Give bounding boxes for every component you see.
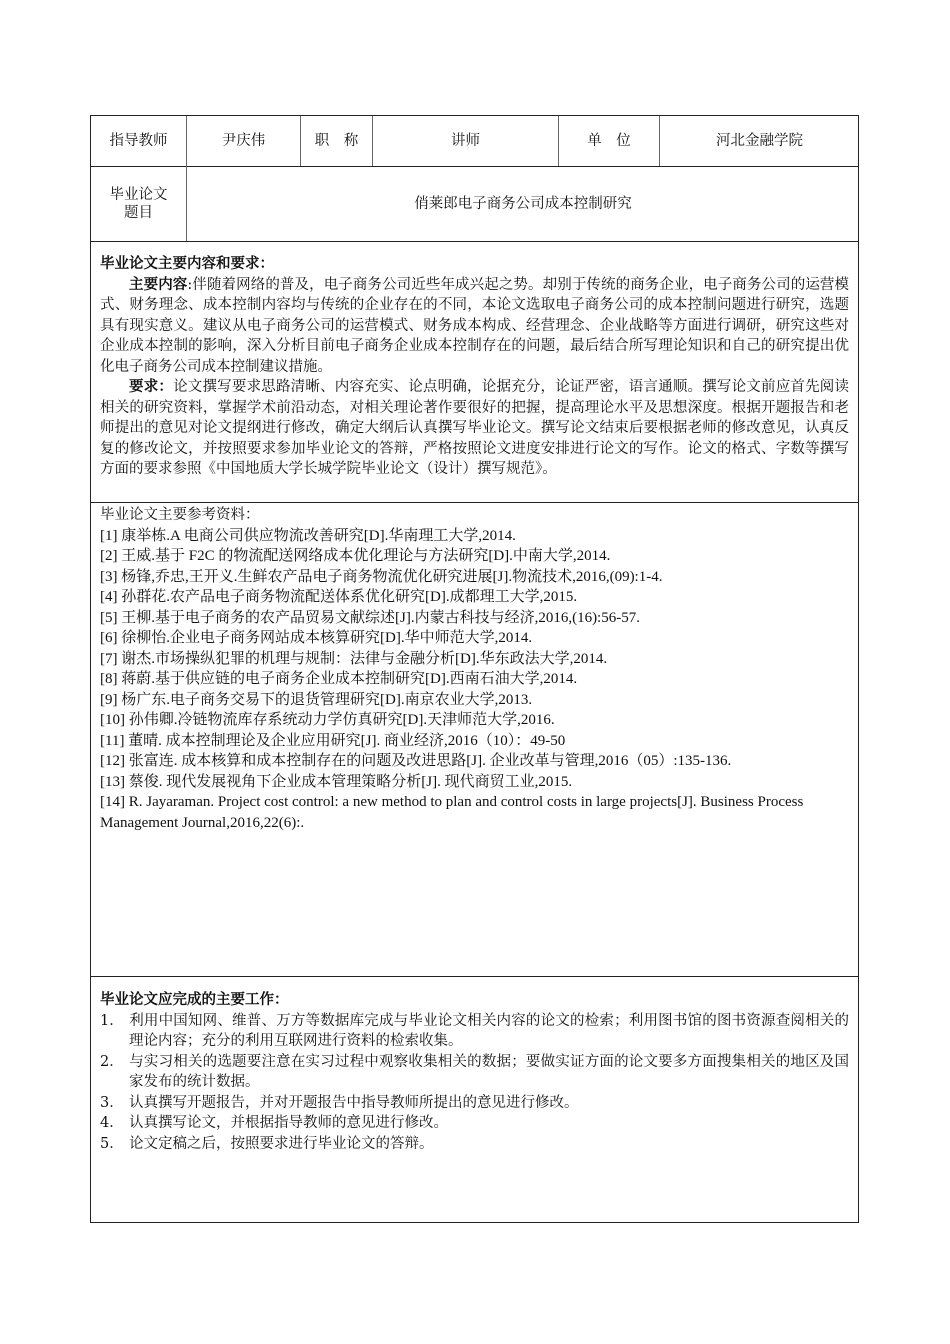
reference-item: [7] 谢杰.市场操纵犯罪的机理与规制：法律与金融分析[D].华东政法大学,20… (100, 649, 849, 670)
main-content-label: 主要内容 (129, 277, 187, 293)
row-divider (91, 502, 858, 503)
task-book-table: 指导教师 尹庆伟 职 称 讲师 单 位 河北金融学院 毕业论文 题目 俏莱郎电子… (90, 115, 859, 1223)
advisor-name: 尹庆伟 (187, 116, 300, 166)
work-item: 2．与实习相关的选题要注意在实习过程中观察收集相关的数据；要做实证方面的论文要多… (100, 1052, 849, 1093)
reference-item: [1] 康举栋.A 电商公司供应物流改善研究[D].华南理工大学,2014. (100, 526, 849, 547)
thesis-label-line1: 毕业论文 (110, 186, 168, 204)
thesis-title-label: 毕业论文 题目 (91, 167, 186, 241)
thesis-title-value: 俏莱郎电子商务公司成本控制研究 (187, 167, 859, 241)
content-section: 毕业论文主要内容和要求： 主要内容:伴随着网络的普及，电子商务公司近些年成兴起之… (100, 254, 849, 480)
references-section: 毕业论文主要参考资料： [1] 康举栋.A 电商公司供应物流改善研究[D].华南… (100, 505, 849, 833)
work-item: 4．认真撰写论文，并根据指导教师的意见进行修改。 (100, 1113, 849, 1134)
unit-label: 单 位 (559, 116, 659, 166)
work-list: 1．利用中国知网、维普、万方等数据库完成与毕业论文相关内容的论文的检索；利用图书… (100, 1011, 849, 1155)
work-heading: 毕业论文应完成的主要工作： (100, 990, 849, 1011)
reference-item: [3] 杨锋,乔忠,王开义.生鲜农产品电子商务物流优化研究进展[J].物流技术,… (100, 567, 849, 588)
title-label: 职 称 (301, 116, 372, 166)
reference-item: [6] 徐柳怡.企业电子商务网站成本核算研究[D].华中师范大学,2014. (100, 628, 849, 649)
work-item-number: 2． (100, 1052, 129, 1073)
reference-item: [10] 孙伟卿.冷链物流库存系统动力学仿真研究[D].天津师范大学,2016. (100, 710, 849, 731)
main-content-text: :伴随着网络的普及，电子商务公司近些年成兴起之势。却别于传统的商务企业，电子商务… (100, 277, 849, 375)
work-section: 毕业论文应完成的主要工作： 1．利用中国知网、维普、万方等数据库完成与毕业论文相… (100, 990, 849, 1154)
work-item-number: 3． (100, 1093, 129, 1114)
reference-item: [12] 张富连. 成本核算和成本控制存在的问题及改进思路[J]. 企业改革与管… (100, 751, 849, 772)
requirements-paragraph: 要求：论文撰写要求思路清晰、内容充实、论点明确，论据充分，论证严密，语言通顺。撰… (100, 377, 849, 480)
requirements-label: 要求： (129, 379, 173, 395)
thesis-label-line2: 题目 (124, 204, 153, 222)
content-heading: 毕业论文主要内容和要求： (100, 254, 849, 275)
work-item-text: 与实习相关的选题要注意在实习过程中观察收集相关的数据；要做实证方面的论文要多方面… (129, 1054, 849, 1091)
work-item-text: 利用中国知网、维普、万方等数据库完成与毕业论文相关内容的论文的检索；利用图书馆的… (129, 1013, 849, 1050)
work-item-text: 认真撰写开题报告，并对开题报告中指导教师所提出的意见进行修改。 (129, 1095, 579, 1111)
work-item: 3．认真撰写开题报告，并对开题报告中指导教师所提出的意见进行修改。 (100, 1093, 849, 1114)
work-item-number: 5． (100, 1134, 129, 1155)
reference-item: [5] 王柳.基于电子商务的农产品贸易文献综述[J].内蒙古科技与经济,2016… (100, 608, 849, 629)
reference-item: [11] 董晴. 成本控制理论及企业应用研究[J]. 商业经济,2016（10）… (100, 731, 849, 752)
reference-item: [14] R. Jayaraman. Project cost control:… (100, 792, 849, 833)
title-value: 讲师 (373, 116, 558, 166)
advisor-label: 指导教师 (91, 116, 186, 166)
unit-value: 河北金融学院 (660, 116, 859, 166)
main-content-paragraph: 主要内容:伴随着网络的普及，电子商务公司近些年成兴起之势。却别于传统的商务企业，… (100, 275, 849, 378)
requirements-text: 论文撰写要求思路清晰、内容充实、论点明确，论据充分，论证严密，语言通顺。撰写论文… (100, 379, 849, 477)
reference-item: [13] 蔡俊. 现代发展视角下企业成本管理策略分析[J]. 现代商贸工业,20… (100, 772, 849, 793)
reference-item: [9] 杨广东.电子商务交易下的退货管理研究[D].南京农业大学,2013. (100, 690, 849, 711)
reference-item: [4] 孙群花.农产品电子商务物流配送体系优化研究[D].成都理工大学,2015… (100, 587, 849, 608)
work-item-text: 认真撰写论文，并根据指导教师的意见进行修改。 (129, 1115, 448, 1131)
reference-item: [2] 王威.基于 F2C 的物流配送网络成本优化理论与方法研究[D].中南大学… (100, 546, 849, 567)
row-divider (91, 241, 858, 242)
work-item-text: 论文定稿之后，按照要求进行毕业论文的答辩。 (129, 1136, 434, 1152)
work-item: 5．论文定稿之后，按照要求进行毕业论文的答辩。 (100, 1134, 849, 1155)
reference-item: [8] 蒋蔚.基于供应链的电子商务企业成本控制研究[D].西南石油大学,2014… (100, 669, 849, 690)
references-heading: 毕业论文主要参考资料： (100, 505, 849, 526)
work-item: 1．利用中国知网、维普、万方等数据库完成与毕业论文相关内容的论文的检索；利用图书… (100, 1011, 849, 1052)
row-divider (91, 976, 858, 977)
work-item-number: 4． (100, 1113, 129, 1134)
work-item-number: 1． (100, 1011, 129, 1032)
